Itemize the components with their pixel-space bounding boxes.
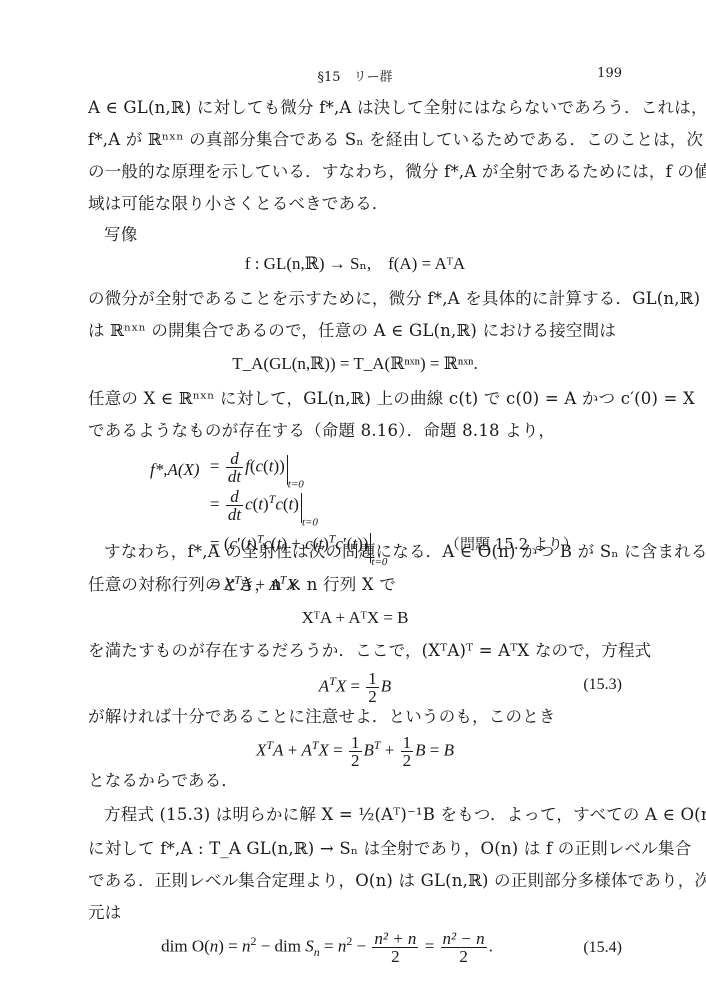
denominator: 2 [366,688,379,705]
text-line: 任意の X ∈ ℝⁿˣⁿ に対して，GL(n,ℝ) 上の曲線 c(t) で c(… [88,388,622,410]
equals-sign: = [210,494,220,513]
section-title: §15 リー群 [88,66,622,85]
lhs-expression: f*,A(X) [150,460,200,479]
numerator: n² + n [372,930,418,948]
numerator: 1 [366,670,379,688]
fraction-d-dt: d dt [226,488,243,523]
text-line: となるからである． [88,770,622,792]
denominator: 2 [372,948,418,965]
display-equation-15-4: dim O(n) = n2 − dim Sn = n2 − n² + n2 = … [60,930,594,965]
fraction-one-half: 12 [366,670,379,705]
text-line: 元は [88,902,622,924]
equals-sign: = [210,456,220,475]
text-line: は ℝⁿˣⁿ の開集合であるので，任意の A ∈ GL(n,ℝ) における接空間… [88,320,622,342]
numerator: 1 [401,734,414,752]
book-page: §15 リー群 199 A ∈ GL(n,ℝ) に対しても微分 f*,A は決し… [0,0,706,1000]
display-equation-check: XTA + ATX = 12BT + 12B = B [88,734,622,769]
denominator: 2 [349,752,362,769]
text-line: であるようなものが存在する（命題 8.16）．命題 8.18 より， [88,420,622,442]
text-line: f*,A が ℝⁿˣⁿ の真部分集合である Sₙ を経由しているためである．この… [88,129,622,151]
fraction-d-dt: d dt [226,450,243,485]
text-line: の微分が全射であることを示すために，微分 f*,A を具体的に計算する．GL(n… [88,288,622,310]
fraction-n2-minus-n-over-2: n² − n2 [441,930,487,965]
numerator: d [226,488,243,506]
denominator: dt [226,506,243,523]
text-line: に対して f*,A : T_A GL(n,ℝ) → Sₙ は全射であり，O(n)… [88,838,622,860]
text-line: が解ければ十分であることに注意せよ．というのも，このとき [88,706,622,728]
text-line: A ∈ GL(n,ℝ) に対しても微分 f*,A は決して全射にはならないであろ… [88,97,622,119]
text-line: である．正則レベル集合定理より，O(n) は GL(n,ℝ) の正則部分多様体で… [88,870,622,892]
fraction-n2-plus-n-over-2: n² + n2 [372,930,418,965]
text-line: すなわち，f*,A の全射性は次の問題になる．A ∈ O(n) かつ B が S… [104,541,622,563]
display-equation-15-3: ATX = 12B [88,670,622,705]
page-number: 199 [597,66,622,81]
text-line: を満たすものが存在するだろうか．ここで，(XᵀA)ᵀ = AᵀX なので，方程式 [88,640,622,662]
display-equation-tangent-space: T_A(GL(n,ℝ)) = T_A(ℝⁿˣⁿ) = ℝⁿˣⁿ. [88,352,622,376]
numerator: n² − n [441,930,487,948]
text-line: 域は可能な限り小さくとるべきである． [88,193,622,215]
fraction-one-half: 12 [349,734,362,769]
evaluation-subscript: t=0 [302,516,318,528]
derivation-row-2: = d dt c(t)Tc(t)t=0 [210,488,318,534]
display-equation-map: f : GL(n,ℝ) → Sₙ, f(A) = AᵀA [88,252,622,276]
denominator: 2 [401,752,414,769]
derivation-lhs: f*,A(X) [150,458,200,482]
equation-number-15-3: (15.3) [583,673,622,697]
running-header: §15 リー群 199 [88,66,622,86]
display-equation-problem: XᵀA + AᵀX = B [88,606,622,630]
fraction-one-half: 12 [401,734,414,769]
text-line: 方程式 (15.3) は明らかに解 X = ½(Aᵀ)⁻¹B をもつ．よって，す… [104,804,622,826]
denominator: dt [226,468,243,485]
numerator: 1 [349,734,362,752]
text-line: 写像 [104,224,622,246]
text-line: の一般的な原理を示している．すなわち，微分 f*,A が全射であるためには，f … [88,161,622,183]
numerator: d [226,450,243,468]
text-line: 任意の対称行列のとき，n × n 行列 X で [88,574,622,596]
equation-number-15-4: (15.4) [583,936,622,960]
denominator: 2 [441,948,487,965]
